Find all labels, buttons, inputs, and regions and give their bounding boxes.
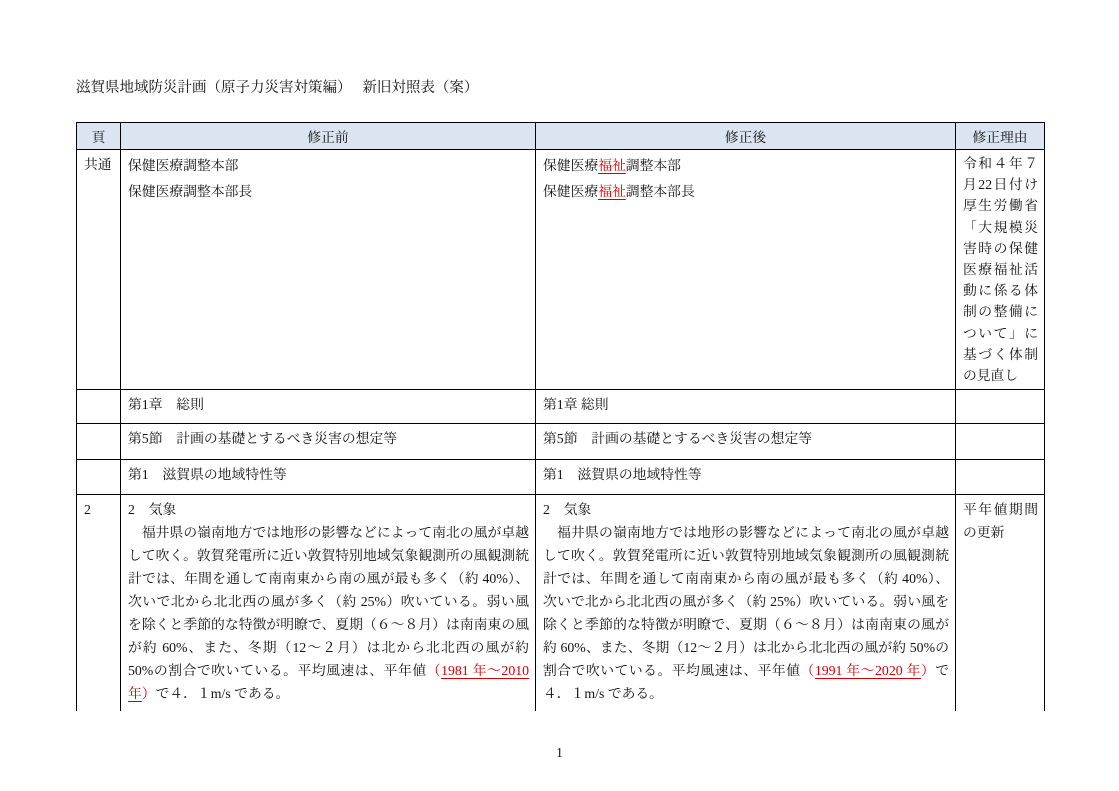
revised-text: ） bbox=[142, 686, 156, 701]
text-segment: 2 気象 bbox=[543, 502, 591, 517]
table-row: 共通保健医療調整本部保健医療調整本部長保健医療福祉調整本部保健医療福祉調整本部長… bbox=[77, 150, 1045, 390]
cell-before: 第5節 計画の基礎とするべき災害の想定等 bbox=[121, 424, 536, 460]
paragraph: 2 気象 bbox=[128, 498, 529, 521]
paragraph: 保健医療調整本部 bbox=[128, 153, 529, 179]
text-segment: 調整本部長 bbox=[626, 184, 695, 199]
cell-page bbox=[77, 460, 121, 495]
text-segment: 保健医療調整本部長 bbox=[128, 184, 252, 199]
table-row: 第1 滋賀県の地域特性等第1 滋賀県の地域特性等 bbox=[77, 460, 1045, 495]
cell-page: 2 bbox=[77, 495, 121, 712]
revision-comparison-table: 頁 修正前 修正後 修正理由 共通保健医療調整本部保健医療調整本部長保健医療福祉… bbox=[76, 122, 1045, 711]
text-segment: 保健医療 bbox=[543, 184, 598, 199]
col-header-after: 修正後 bbox=[536, 123, 956, 150]
paragraph: 福井県の嶺南地方では地形の影響などによって南北の風が卓越して吹く。敦賀発電所に近… bbox=[128, 521, 529, 705]
table-row: 22 気象 福井県の嶺南地方では地形の影響などによって南北の風が卓越して吹く。敦… bbox=[77, 495, 1045, 712]
col-header-before: 修正前 bbox=[121, 123, 536, 150]
paragraph: 第1章 総則 bbox=[128, 393, 529, 416]
text-segment: 第1章 総則 bbox=[128, 397, 204, 412]
text-segment: 第1 滋賀県の地域特性等 bbox=[128, 467, 287, 482]
document-page: 滋賀県地域防災計画（原子力災害対策編） 新旧対照表（案） 頁 修正前 修正後 修… bbox=[0, 0, 1119, 791]
cell-before: 第1 滋賀県の地域特性等 bbox=[121, 460, 536, 495]
cell-page: 共通 bbox=[77, 150, 121, 390]
paragraph: 福井県の嶺南地方では地形の影響などによって南北の風が卓越して吹く。敦賀発電所に近… bbox=[543, 521, 949, 705]
table-row: 第5節 計画の基礎とするべき災害の想定等第5節 計画の基礎とするべき災害の想定等 bbox=[77, 424, 1045, 460]
text-segment: 第5節 計画の基礎とするべき災害の想定等 bbox=[543, 431, 812, 446]
paragraph: 保健医療福祉調整本部 bbox=[543, 153, 949, 179]
cell-after: 第5節 計画の基礎とするべき災害の想定等 bbox=[536, 424, 956, 460]
paragraph: 保健医療調整本部長 bbox=[128, 179, 529, 205]
cell-reason: 平年値期間の更新 bbox=[956, 495, 1045, 712]
text-segment: 調整本部 bbox=[626, 158, 681, 173]
revised-text: （ bbox=[801, 663, 815, 678]
paragraph: 第1章 総則 bbox=[543, 393, 949, 416]
cell-reason bbox=[956, 424, 1045, 460]
paragraph: 第5節 計画の基礎とするべき災害の想定等 bbox=[128, 427, 529, 450]
text-segment: で４．１m/s である。 bbox=[156, 686, 290, 701]
cell-after: 第1 滋賀県の地域特性等 bbox=[536, 460, 956, 495]
cell-before: 第1章 総則 bbox=[121, 390, 536, 424]
revised-text: 1991 年～2020 年 bbox=[815, 663, 921, 678]
text-segment: 第5節 計画の基礎とするべき災害の想定等 bbox=[128, 431, 397, 446]
table-header-row: 頁 修正前 修正後 修正理由 bbox=[77, 123, 1045, 150]
revised-text: ） bbox=[921, 663, 935, 678]
cell-page bbox=[77, 390, 121, 424]
text-segment: 福井県の嶺南地方では地形の影響などによって南北の風が卓越して吹く。敦賀発電所に近… bbox=[543, 525, 949, 678]
cell-page bbox=[77, 424, 121, 460]
col-header-reason: 修正理由 bbox=[956, 123, 1045, 150]
revised-text: 福祉 bbox=[598, 158, 626, 173]
text-segment: 第1 滋賀県の地域特性等 bbox=[543, 467, 702, 482]
text-segment: 福井県の嶺南地方では地形の影響などによって南北の風が卓越して吹く。敦賀発電所に近… bbox=[128, 525, 529, 678]
cell-after: 2 気象 福井県の嶺南地方では地形の影響などによって南北の風が卓越して吹く。敦賀… bbox=[536, 495, 956, 712]
text-segment: 第1章 総則 bbox=[543, 397, 609, 412]
cell-after: 保健医療福祉調整本部保健医療福祉調整本部長 bbox=[536, 150, 956, 390]
paragraph: 2 気象 bbox=[543, 498, 949, 521]
col-header-page: 頁 bbox=[77, 123, 121, 150]
cell-before: 保健医療調整本部保健医療調整本部長 bbox=[121, 150, 536, 390]
page-number: 1 bbox=[0, 745, 1119, 761]
text-segment: 保健医療調整本部 bbox=[128, 158, 238, 173]
paragraph: 保健医療福祉調整本部長 bbox=[543, 179, 949, 205]
revised-text: 福祉 bbox=[598, 184, 626, 199]
text-segment: 2 気象 bbox=[128, 502, 176, 517]
cell-reason: 令和４年７月22日付け厚生労働省「大規模災害時の保健医療福祉活動に係る体制の整備… bbox=[956, 150, 1045, 390]
cell-reason bbox=[956, 460, 1045, 495]
paragraph: 第1 滋賀県の地域特性等 bbox=[128, 463, 529, 486]
cell-before: 2 気象 福井県の嶺南地方では地形の影響などによって南北の風が卓越して吹く。敦賀… bbox=[121, 495, 536, 712]
cell-after: 第1章 総則 bbox=[536, 390, 956, 424]
table-row: 第1章 総則第1章 総則 bbox=[77, 390, 1045, 424]
revised-text: （ bbox=[427, 663, 441, 678]
cell-reason bbox=[956, 390, 1045, 424]
text-segment: 保健医療 bbox=[543, 158, 598, 173]
document-title: 滋賀県地域防災計画（原子力災害対策編） 新旧対照表（案） bbox=[76, 76, 478, 97]
paragraph: 第1 滋賀県の地域特性等 bbox=[543, 463, 949, 486]
paragraph: 第5節 計画の基礎とするべき災害の想定等 bbox=[543, 427, 949, 450]
